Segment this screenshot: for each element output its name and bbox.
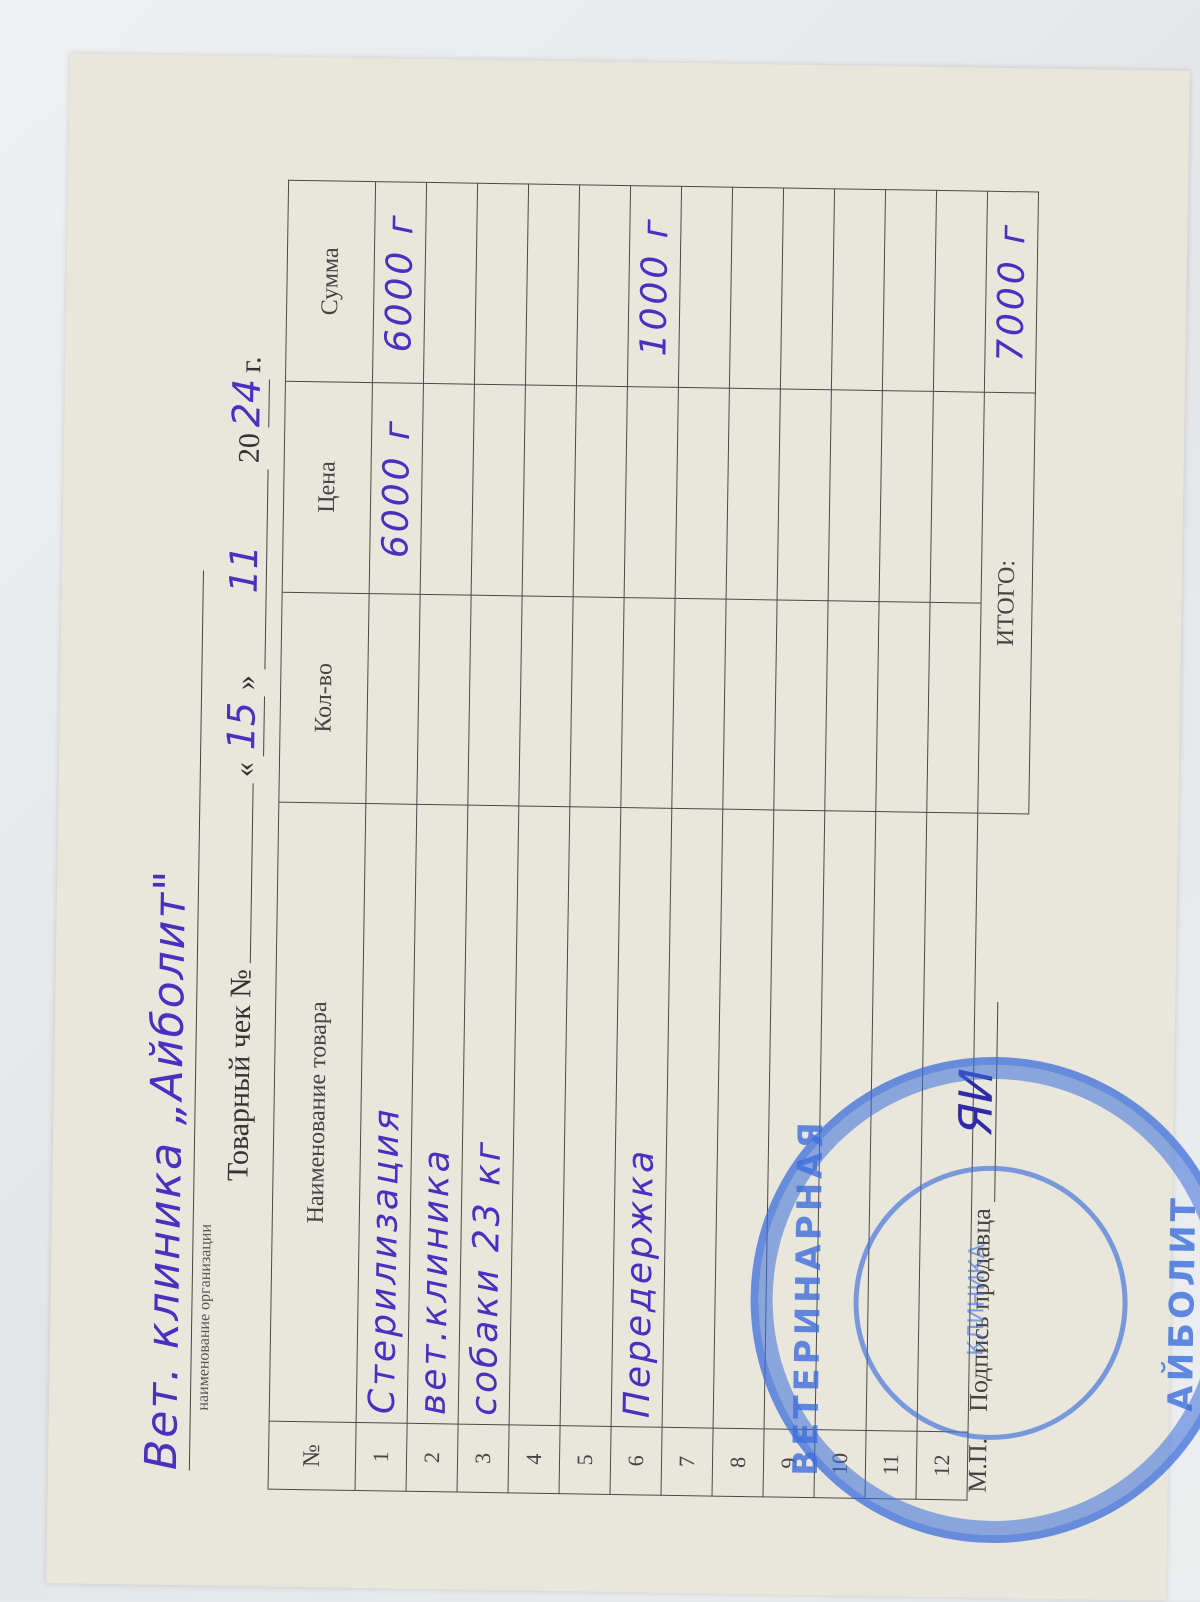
- row-price: [930, 391, 984, 603]
- row-no: 7: [661, 1427, 713, 1496]
- row-no: 4: [508, 1425, 560, 1494]
- row-no: 9: [763, 1429, 815, 1498]
- row-qty: [417, 594, 471, 806]
- receipt-footer: М.П. Подпись продавца ЯИ: [950, 1001, 1001, 1493]
- row-sum: 1000 г: [627, 186, 681, 387]
- receipt-number: [250, 783, 254, 963]
- stamp-place-label: М.П.: [963, 1438, 993, 1493]
- row-price: [879, 390, 933, 602]
- row-price: [420, 383, 474, 595]
- header-no: №: [268, 1421, 356, 1491]
- date-year-prefix: 20: [233, 433, 267, 464]
- header-sum: Сумма: [285, 180, 375, 382]
- receipt-title: Товарный чек №: [221, 969, 258, 1182]
- row-qty: [927, 602, 981, 814]
- date-open-quote: «: [228, 762, 262, 778]
- row-qty: [774, 600, 828, 812]
- row-no: 5: [559, 1425, 611, 1494]
- row-qty: [519, 596, 573, 808]
- header-qty: Кол-во: [279, 592, 369, 804]
- row-qty: [621, 597, 675, 809]
- row-price: [624, 386, 678, 598]
- row-price: [471, 384, 525, 596]
- row-price: [675, 387, 729, 599]
- header-price: Цена: [282, 381, 372, 593]
- organization-caption: наименование организации: [195, 1224, 216, 1411]
- row-sum: [882, 190, 936, 391]
- date-close-quote: »: [229, 675, 263, 691]
- row-sum: [525, 184, 579, 385]
- total-value: 7000 г: [984, 191, 1038, 392]
- row-sum: [678, 186, 732, 387]
- row-qty: [825, 600, 879, 812]
- row-price: [726, 388, 780, 600]
- signature-label: Подпись продавца: [964, 1208, 996, 1412]
- row-sum: [423, 182, 477, 383]
- row-qty: [468, 595, 522, 807]
- date-year-suffix: 24: [224, 378, 270, 427]
- row-price: [573, 385, 627, 597]
- row-sum: 6000 г: [372, 182, 426, 383]
- row-sum: [831, 189, 885, 390]
- receipt-title-row: Товарный чек № « 15 » 11 20 24 г.: [212, 356, 270, 1181]
- row-qty: [672, 598, 726, 810]
- row-no: 10: [814, 1429, 866, 1498]
- row-sum: [474, 183, 528, 384]
- row-no: 11: [865, 1430, 917, 1499]
- row-sum: [933, 190, 987, 391]
- row-qty: [570, 596, 624, 808]
- row-price: [777, 389, 831, 601]
- seller-signature: ЯИ: [954, 1001, 998, 1202]
- date-year-unit: г.: [234, 356, 268, 373]
- row-sum: [729, 187, 783, 388]
- row-sum: [780, 188, 834, 389]
- row-sum: [576, 185, 630, 386]
- row-qty: [366, 593, 420, 805]
- row-price: [522, 385, 576, 597]
- date-month: 11: [220, 469, 268, 670]
- items-table: № Наименование товара Кол-во Цена Сумма …: [268, 180, 1039, 1502]
- row-no: 1: [355, 1422, 407, 1491]
- row-price: 6000 г: [369, 382, 423, 594]
- row-qty: [876, 601, 930, 813]
- row-no: 2: [406, 1423, 458, 1492]
- header-name: Наименование товара: [269, 803, 366, 1423]
- row-no: 8: [712, 1428, 764, 1497]
- organization-name: Вет. клиника „Айболит": [136, 570, 204, 1471]
- sales-receipt: Вет. клиника „Айболит" наименование орга…: [127, 130, 1109, 1525]
- row-no: 3: [457, 1424, 509, 1493]
- date-day: 15: [219, 696, 265, 757]
- row-no: 6: [610, 1426, 662, 1495]
- row-qty: [723, 599, 777, 811]
- total-label: ИТОГО:: [978, 392, 1036, 814]
- receipt-paper: Вет. клиника „Айболит" наименование орга…: [46, 53, 1190, 1600]
- row-price: [828, 390, 882, 602]
